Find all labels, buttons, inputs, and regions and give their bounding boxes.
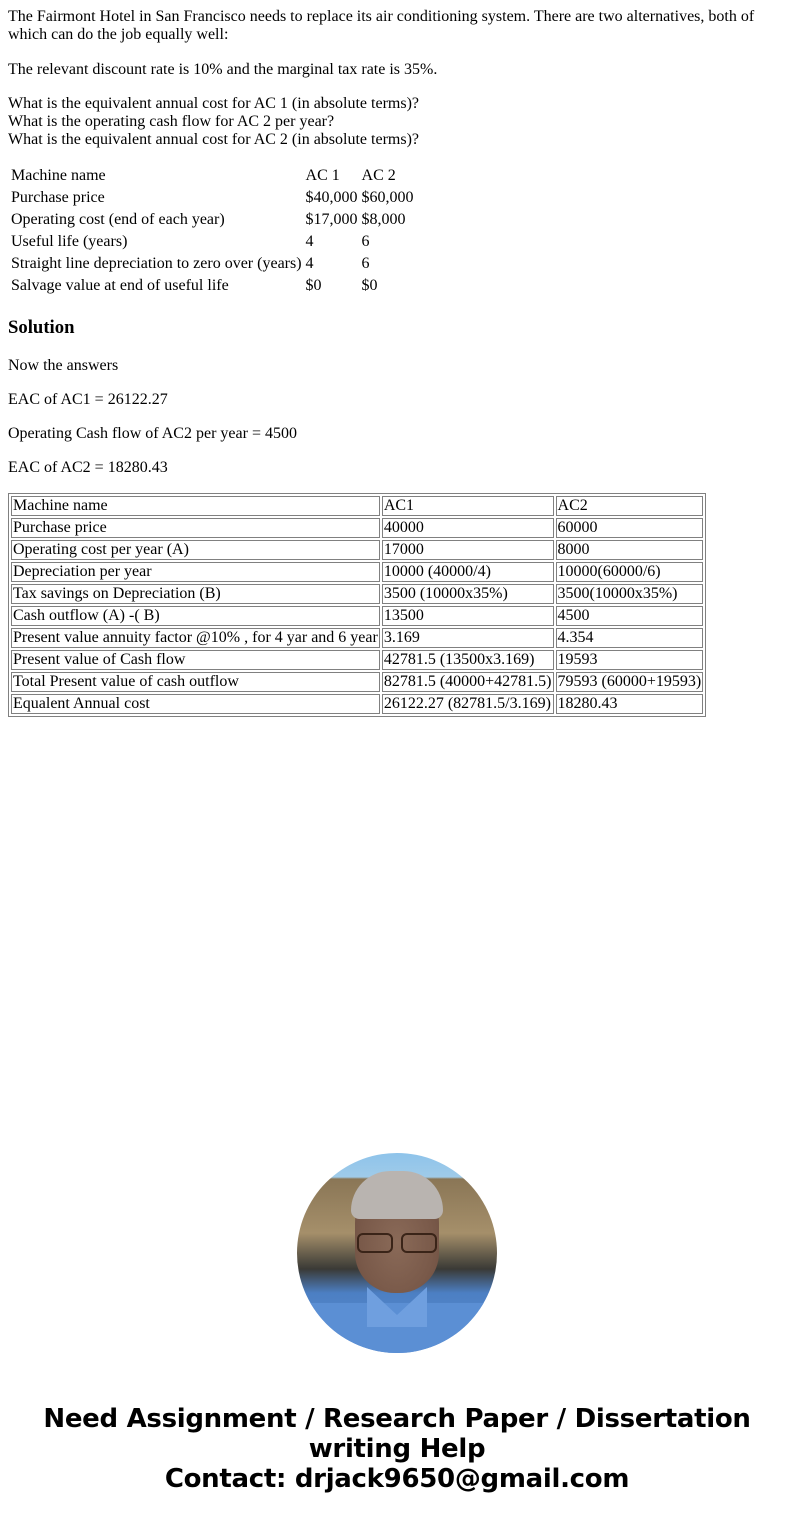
given-table-row: Salvage value at end of useful life$0$0: [10, 276, 415, 296]
cell-value: AC2: [556, 496, 704, 516]
calc-table-row: Equalent Annual cost26122.27 (82781.5/3.…: [11, 694, 703, 714]
cell-value: 8000: [556, 540, 704, 560]
question-rates: The relevant discount rate is 10% and th…: [8, 61, 437, 79]
cell-value: AC1: [382, 496, 554, 516]
cell-value: 60000: [556, 518, 704, 538]
cell-value: 4.354: [556, 628, 704, 648]
row-label: Machine name: [10, 166, 303, 186]
row-label: Tax savings on Depreciation (B): [11, 584, 380, 604]
given-data-table: Machine nameAC 1AC 2Purchase price$40,00…: [8, 164, 417, 298]
cell-value: 82781.5 (40000+42781.5): [382, 672, 554, 692]
promo-contact: Contact: drjack9650@gmail.com: [0, 1464, 794, 1494]
promo-banner: Need Assignment / Research Paper / Disse…: [0, 1404, 794, 1494]
question-ask-1: What is the equivalent annual cost for A…: [8, 95, 419, 112]
cell-value: 26122.27 (82781.5/3.169): [382, 694, 554, 714]
cell-value: 3500 (10000x35%): [382, 584, 554, 604]
row-label: Depreciation per year: [11, 562, 380, 582]
row-label: Purchase price: [11, 518, 380, 538]
answer-ocf-ac2: Operating Cash flow of AC2 per year = 45…: [8, 425, 297, 443]
row-label: Equalent Annual cost: [11, 694, 380, 714]
question-ask-3: What is the equivalent annual cost for A…: [8, 131, 419, 148]
cell-value: 40000: [382, 518, 554, 538]
calc-table-row: Total Present value of cash outflow82781…: [11, 672, 703, 692]
row-label: Total Present value of cash outflow: [11, 672, 380, 692]
question-asks: What is the equivalent annual cost for A…: [8, 95, 419, 149]
given-table-row: Purchase price$40,000$60,000: [10, 188, 415, 208]
cell-value: 3.169: [382, 628, 554, 648]
row-label: Useful life (years): [10, 232, 303, 252]
question-intro: The Fairmont Hotel in San Francisco need…: [8, 8, 778, 44]
promo-line-2: writing Help: [0, 1434, 794, 1464]
answer-eac-ac1: EAC of AC1 = 26122.27: [8, 391, 168, 409]
cell-value: AC 1: [305, 166, 359, 186]
cell-value: 4: [305, 254, 359, 274]
cell-value: 6: [361, 254, 415, 274]
cell-value: $0: [305, 276, 359, 296]
calc-table-row: Tax savings on Depreciation (B)3500 (100…: [11, 584, 703, 604]
cell-value: $0: [361, 276, 415, 296]
row-label: Purchase price: [10, 188, 303, 208]
cell-value: 3500(10000x35%): [556, 584, 704, 604]
row-label: Straight line depreciation to zero over …: [10, 254, 303, 274]
cell-value: 18280.43: [556, 694, 704, 714]
cell-value: 79593 (60000+19593): [556, 672, 704, 692]
calc-table-row: Operating cost per year (A)170008000: [11, 540, 703, 560]
cell-value: AC 2: [361, 166, 415, 186]
row-label: Present value annuity factor @10% , for …: [11, 628, 380, 648]
calc-table-row: Machine nameAC1AC2: [11, 496, 703, 516]
cell-value: $8,000: [361, 210, 415, 230]
cell-value: 6: [361, 232, 415, 252]
given-table-row: Machine nameAC 1AC 2: [10, 166, 415, 186]
promo-line-1: Need Assignment / Research Paper / Disse…: [0, 1404, 794, 1434]
calc-table-row: Depreciation per year10000 (40000/4)1000…: [11, 562, 703, 582]
cell-value: 10000(60000/6): [556, 562, 704, 582]
cell-value: 42781.5 (13500x3.169): [382, 650, 554, 670]
solution-intro: Now the answers: [8, 357, 118, 375]
given-table-row: Useful life (years)46: [10, 232, 415, 252]
cell-value: 10000 (40000/4): [382, 562, 554, 582]
cell-value: 4: [305, 232, 359, 252]
cell-value: 13500: [382, 606, 554, 626]
row-label: Present value of Cash flow: [11, 650, 380, 670]
author-photo-icon: [297, 1153, 497, 1353]
avatar-hair: [351, 1171, 443, 1219]
solution-heading: Solution: [8, 318, 74, 338]
row-label: Cash outflow (A) -( B): [11, 606, 380, 626]
cell-value: $60,000: [361, 188, 415, 208]
avatar-glasses: [357, 1233, 437, 1251]
calc-table-row: Present value annuity factor @10% , for …: [11, 628, 703, 648]
row-label: Operating cost (end of each year): [10, 210, 303, 230]
row-label: Salvage value at end of useful life: [10, 276, 303, 296]
row-label: Machine name: [11, 496, 380, 516]
calc-table-row: Purchase price4000060000: [11, 518, 703, 538]
calc-table-row: Present value of Cash flow42781.5 (13500…: [11, 650, 703, 670]
cell-value: $40,000: [305, 188, 359, 208]
avatar-shirt: [297, 1303, 497, 1353]
given-table-row: Operating cost (end of each year)$17,000…: [10, 210, 415, 230]
row-label: Operating cost per year (A): [11, 540, 380, 560]
calc-table-row: Cash outflow (A) -( B)135004500: [11, 606, 703, 626]
cell-value: $17,000: [305, 210, 359, 230]
answer-eac-ac2: EAC of AC2 = 18280.43: [8, 459, 168, 477]
calculation-table: Machine nameAC1AC2Purchase price40000600…: [8, 493, 706, 717]
given-table-row: Straight line depreciation to zero over …: [10, 254, 415, 274]
cell-value: 17000: [382, 540, 554, 560]
question-ask-2: What is the operating cash flow for AC 2…: [8, 113, 334, 130]
cell-value: 4500: [556, 606, 704, 626]
cell-value: 19593: [556, 650, 704, 670]
